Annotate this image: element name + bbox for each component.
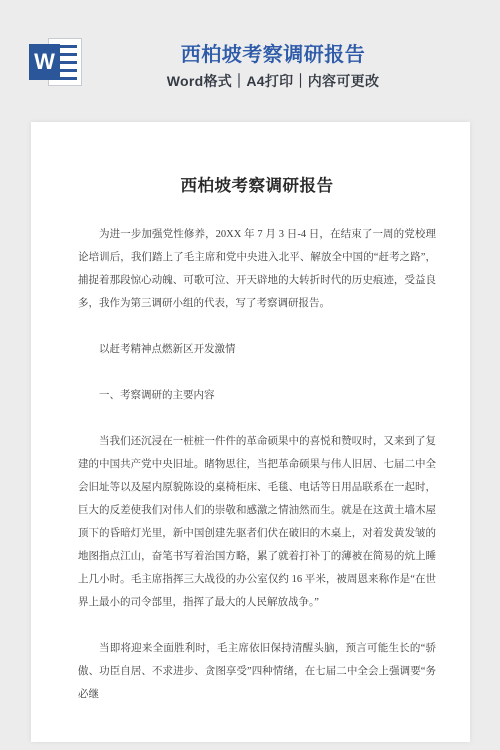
doc-section-heading: 一、考察调研的主要内容 — [78, 384, 436, 407]
template-preview-screen: W 西柏坡考察调研报告 Word格式｜A4打印｜内容可更改 西柏坡考察调研报告 … — [0, 0, 500, 122]
page-title: 西柏坡考察调研报告 — [46, 42, 500, 68]
document-page-preview: 西柏坡考察调研报告 为进一步加强党性修养，20XX 年 7 月 3 日-4 日，… — [31, 122, 470, 742]
document-title: 西柏坡考察调研报告 — [78, 174, 436, 198]
doc-paragraph-truncated: 当即将迎来全面胜利时，毛主席依旧保持清醒头脑，预言可能生长的“骄傲、功臣自居、不… — [78, 637, 436, 706]
header-text-block: 西柏坡考察调研报告 Word格式｜A4打印｜内容可更改 — [46, 42, 500, 90]
page-subtitle: Word格式｜A4打印｜内容可更改 — [46, 72, 500, 90]
header: W 西柏坡考察调研报告 Word格式｜A4打印｜内容可更改 — [0, 0, 500, 122]
doc-subheading: 以赶考精神点燃新区开发激情 — [78, 338, 436, 361]
doc-paragraph-intro: 为进一步加强党性修养，20XX 年 7 月 3 日-4 日，在结束了一周的党校理… — [78, 223, 436, 315]
doc-paragraph-body: 当我们还沉浸在一桩桩一件件的革命硕果中的喜悦和赞叹时，又来到了复建的中国共产党中… — [78, 430, 436, 614]
